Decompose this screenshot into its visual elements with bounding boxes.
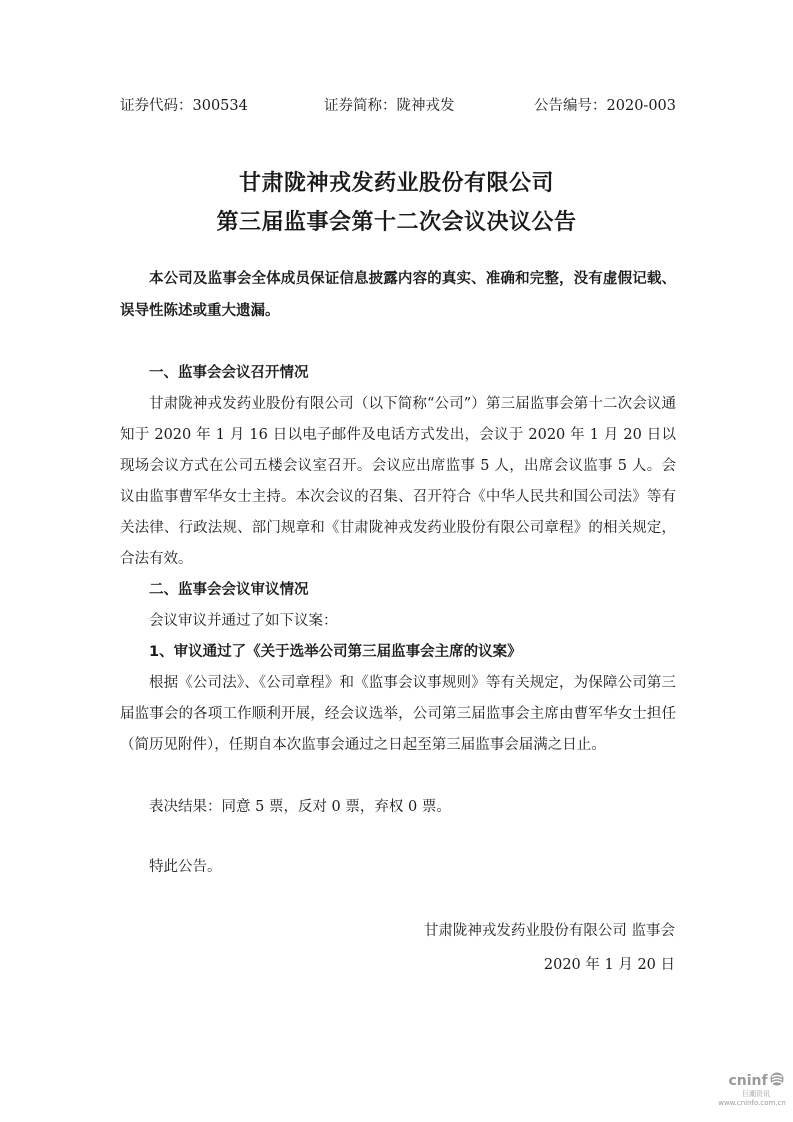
- announcement-number: 公告编号：2020-003: [534, 95, 676, 117]
- section-intro-meeting-review: 会议审议并通过了如下议案：: [149, 606, 676, 637]
- disclosure-statement: 本公司及监事会全体成员保证信息披露内容的真实、准确和完整，没有虚假记载、误导性陈…: [120, 263, 676, 327]
- section-heading-meeting-convening: 一、监事会会议召开情况: [149, 358, 676, 389]
- watermark-logo: cninf: [722, 1072, 790, 1090]
- document-page: 证券代码：300534 证券简称：陇神戎发 公告编号：2020-003 甘肃陇神…: [0, 0, 793, 1122]
- cninfo-watermark: cninf 巨潮资讯 www.cninfo.com.cn: [722, 1072, 790, 1108]
- watermark-url: www.cninfo.com.cn: [714, 1099, 790, 1108]
- cninfo-swirl-icon: [770, 1072, 784, 1090]
- watermark-subtitle: 巨潮资讯: [722, 1090, 790, 1099]
- signature-organization: 甘肃陇神戎发药业股份有限公司 监事会: [424, 920, 675, 942]
- vote-result: 表决结果：同意 5 票，反对 0 票，弃权 0 票。: [149, 792, 676, 823]
- section-body-meeting-convening: 甘肃陇神戎发药业股份有限公司（以下简称“公司”）第三届监事会第十二次会议通知于 …: [120, 389, 676, 575]
- motion-title: 1、审议通过了《关于选举公司第三届监事会主席的议案》: [149, 637, 676, 668]
- section-heading-meeting-review: 二、监事会会议审议情况: [149, 575, 676, 606]
- closing-statement: 特此公告。: [149, 852, 676, 883]
- signature-date: 2020 年 1 月 20 日: [544, 954, 675, 976]
- watermark-logo-text: cninf: [728, 1073, 767, 1089]
- stock-abbreviation: 证券简称：陇神戎发: [324, 95, 455, 117]
- announcement-title: 第三届监事会第十二次会议决议公告: [0, 205, 793, 236]
- stock-code: 证券代码：300534: [120, 95, 248, 117]
- document-header: 证券代码：300534 证券简称：陇神戎发 公告编号：2020-003: [120, 95, 676, 117]
- company-title: 甘肃陇神戎发药业股份有限公司: [0, 166, 793, 197]
- motion-body: 根据《公司法》、《公司章程》和《监事会议事规则》等有关规定，为保障公司第三届监事…: [120, 668, 676, 761]
